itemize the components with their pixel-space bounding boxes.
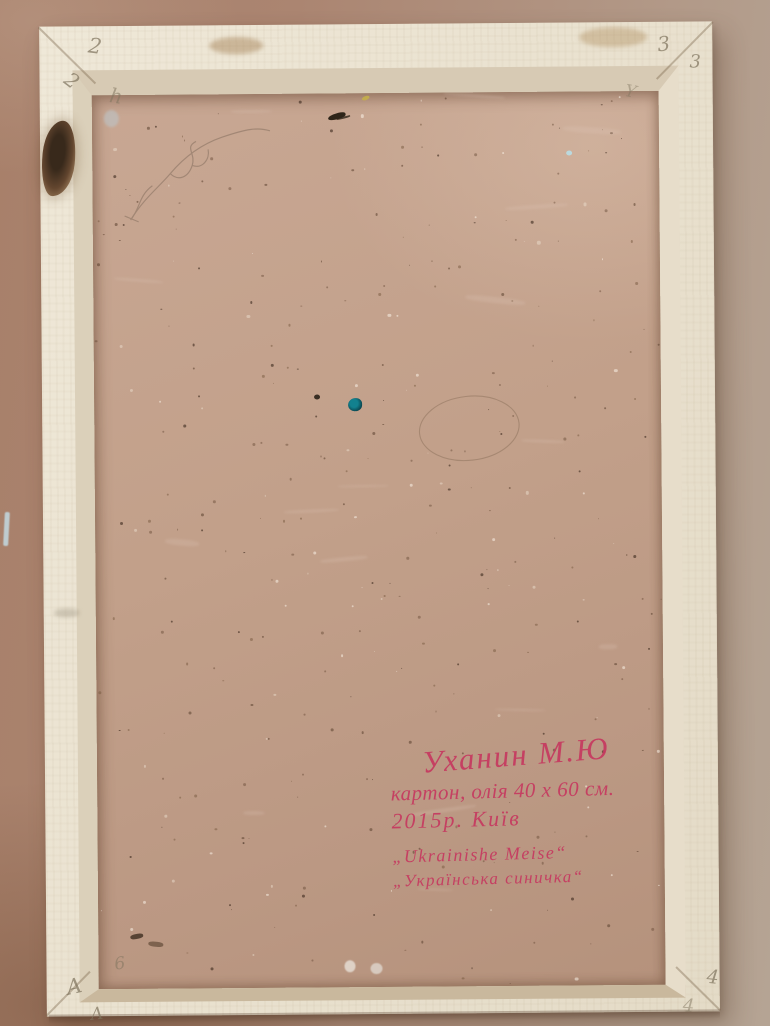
board-speckle <box>352 169 354 171</box>
board-speckle <box>260 518 261 519</box>
board-speckle <box>229 904 231 906</box>
board-speckle <box>622 678 624 680</box>
board-speckle <box>172 880 175 883</box>
board-speckle <box>260 442 262 444</box>
board-light-streak <box>231 109 272 112</box>
board-speckle <box>649 708 650 709</box>
board-speckle <box>201 407 203 409</box>
board-speckle <box>661 598 662 599</box>
board-speckle <box>537 241 541 245</box>
board-speckle <box>535 623 538 626</box>
board-speckle <box>572 567 574 569</box>
board-speckle <box>311 960 313 962</box>
board-speckle <box>144 765 146 767</box>
board-speckle <box>149 531 152 534</box>
board-speckle <box>125 189 126 190</box>
board-light-streak <box>243 811 264 815</box>
board-speckle <box>401 165 403 167</box>
pencil-number-right-rail-bottom: 4 <box>706 968 720 988</box>
board-speckle <box>464 450 466 452</box>
board-speckle <box>198 267 200 269</box>
pencil-number-bottom-rail-right: 4 <box>682 997 695 1016</box>
board-speckle <box>501 293 504 296</box>
board-speckle <box>552 360 553 361</box>
pencil-mark-bottom-rail-left: Λ <box>90 1006 104 1024</box>
board-speckle <box>532 585 535 588</box>
board-speckle <box>297 797 298 798</box>
board-speckle <box>210 852 213 855</box>
board-speckle <box>112 617 115 620</box>
board-speckle <box>626 554 627 555</box>
pencil-number-left-rail-top: 2 <box>61 69 83 93</box>
board-speckle <box>487 569 488 570</box>
white-paint-fleck <box>370 963 382 974</box>
board-speckle <box>359 630 361 632</box>
board-light-streak <box>598 644 616 649</box>
board-speckle <box>184 140 186 142</box>
board-speckle <box>130 195 131 196</box>
board-speckle <box>324 670 326 672</box>
board-speckle <box>271 345 273 347</box>
board-speckle <box>266 893 269 896</box>
board-speckle <box>270 364 273 367</box>
board-speckle <box>213 500 216 503</box>
board-speckle <box>630 351 632 353</box>
board-speckle <box>429 224 430 225</box>
board-speckle <box>614 663 617 666</box>
board-speckle <box>493 649 496 652</box>
board-speckle <box>364 168 366 170</box>
board-speckle <box>421 100 422 101</box>
board-speckle <box>228 187 231 190</box>
board-speckle <box>372 432 375 435</box>
board-light-streak <box>465 294 525 306</box>
board-speckle <box>174 839 176 841</box>
board-light-streak <box>494 709 545 712</box>
board-speckle <box>470 487 472 489</box>
board-speckle <box>171 620 173 622</box>
board-speckle <box>164 733 165 734</box>
board-speckle <box>448 464 450 466</box>
board-speckle <box>301 121 302 122</box>
board-speckle <box>551 123 553 125</box>
board-speckle <box>575 977 579 981</box>
wood-stain <box>209 37 263 54</box>
board-speckle <box>576 620 579 623</box>
pencil-mark-board-bottom-left: 6 <box>113 955 126 973</box>
board-light-streak <box>284 508 339 513</box>
board-speckle <box>633 555 636 558</box>
cyan-paint-speck <box>566 150 572 155</box>
board-speckle <box>384 595 386 597</box>
board-speckle <box>301 774 303 776</box>
board-speckle <box>462 977 465 980</box>
board-speckle <box>192 344 195 347</box>
board-speckle <box>471 967 473 969</box>
board-speckle <box>605 210 608 213</box>
board-speckle <box>288 324 291 327</box>
board-speckle <box>160 308 162 310</box>
board-speckle <box>605 152 607 154</box>
board-speckle <box>389 583 390 584</box>
board-speckle <box>167 493 169 495</box>
board-speckle <box>436 532 438 534</box>
board-speckle <box>300 518 302 520</box>
board-speckle <box>375 213 378 216</box>
board-speckle <box>291 780 292 781</box>
board-speckle <box>657 343 660 346</box>
board-speckle <box>440 482 442 484</box>
board-speckle <box>183 425 186 428</box>
board-speckle <box>381 598 383 600</box>
board-speckle <box>584 203 587 206</box>
board-speckle <box>366 778 368 780</box>
board-speckle <box>299 101 302 104</box>
board-speckle <box>527 652 529 654</box>
board-speckle <box>188 712 191 715</box>
board-speckle <box>123 224 125 226</box>
board-speckle <box>499 384 501 386</box>
board-speckle <box>271 579 273 581</box>
board-speckle <box>173 215 175 217</box>
board-light-streak <box>506 203 568 211</box>
white-paint-fleck <box>344 960 355 972</box>
board-speckle <box>410 484 413 487</box>
board-speckle <box>453 693 455 695</box>
board-speckle <box>321 631 324 634</box>
board-speckle <box>304 714 306 716</box>
board-speckle <box>120 522 123 525</box>
board-speckle <box>593 319 594 320</box>
board-speckle <box>98 220 100 222</box>
board-speckle <box>497 569 499 571</box>
board-speckle <box>331 729 334 732</box>
board-speckle <box>474 222 476 224</box>
board-speckle <box>458 265 461 268</box>
board-speckle <box>162 778 164 780</box>
board-speckle <box>181 136 182 137</box>
board-speckle <box>622 666 625 669</box>
board-speckle <box>574 397 576 399</box>
board-speckle <box>371 582 374 585</box>
board-speckle <box>431 260 433 262</box>
board-speckle <box>403 236 404 237</box>
board-speckle <box>238 631 240 633</box>
board-speckle <box>558 128 559 129</box>
board-speckle <box>554 538 555 539</box>
board-speckle <box>326 286 328 288</box>
board-speckle <box>136 200 139 203</box>
board-speckle <box>508 584 510 586</box>
board-speckle <box>489 510 490 511</box>
board-speckle <box>130 389 133 392</box>
board-speckle <box>634 398 636 400</box>
pencil-number-right-rail-top: 3 <box>689 53 701 71</box>
board-speckle <box>302 894 305 897</box>
board-speckle <box>564 438 567 441</box>
board-light-streak <box>114 277 163 284</box>
board-speckle <box>611 100 613 102</box>
board-speckle <box>252 253 254 255</box>
board-speckle <box>97 264 100 267</box>
board-speckle <box>161 631 164 634</box>
board-speckle <box>265 183 267 185</box>
board-speckle <box>360 115 363 118</box>
dark-speck <box>314 394 320 399</box>
board-speckle <box>350 697 351 698</box>
gray-blue-patch <box>104 110 119 127</box>
board-speckle <box>187 952 189 954</box>
board-speckle <box>382 364 384 366</box>
board-speckle <box>492 372 495 375</box>
board-speckle <box>635 282 638 285</box>
board-speckle <box>607 925 610 928</box>
board-light-streak <box>563 125 621 135</box>
board-light-streak <box>521 439 564 444</box>
board-speckle <box>210 967 213 970</box>
board-speckle <box>345 300 346 301</box>
board-speckle <box>506 220 507 221</box>
board-speckle <box>303 887 306 890</box>
board-speckle <box>488 409 489 410</box>
board-speckle <box>95 340 98 343</box>
board-speckle <box>396 314 398 316</box>
board-speckle <box>379 293 381 295</box>
board-speckle <box>509 983 510 984</box>
board-speckle <box>251 703 253 705</box>
board-speckle <box>416 374 419 377</box>
board-speckle <box>601 258 602 259</box>
board-speckle <box>583 493 585 495</box>
board-speckle <box>401 667 402 668</box>
board-speckle <box>250 301 253 304</box>
board-speckle <box>252 443 255 446</box>
board-speckle <box>250 638 253 641</box>
teal-paint-blob <box>348 398 362 411</box>
board-speckle <box>163 431 165 433</box>
board-speckle <box>619 96 621 98</box>
board-speckle <box>369 828 372 831</box>
board-speckle <box>113 175 116 178</box>
board-speckle <box>217 113 218 114</box>
board-speckle <box>641 598 643 600</box>
board-speckle <box>168 185 170 187</box>
board-speckle <box>355 384 358 387</box>
board-speckle <box>168 325 170 327</box>
board-speckle <box>414 385 416 387</box>
board-speckle <box>557 172 559 174</box>
board-speckle <box>421 146 422 147</box>
board-speckle <box>289 478 292 481</box>
inscription-title-german: „Ukrainishe Meise“ <box>392 839 692 868</box>
board-speckle <box>242 842 244 844</box>
board-speckle <box>411 460 412 461</box>
board-speckle <box>613 543 614 544</box>
board-speckle <box>301 305 303 307</box>
board-speckle <box>285 605 287 607</box>
board-speckle <box>186 663 188 665</box>
painting-frame-back: 2 2 3 3 h Y 6 A Λ 4 4 <box>39 21 720 1016</box>
board-speckle <box>324 825 326 827</box>
board-speckle <box>420 123 422 125</box>
pencil-number-top-rail-left: 2 <box>87 35 103 58</box>
board-speckle <box>362 587 363 588</box>
board-speckle <box>480 573 483 576</box>
board-speckle <box>571 897 574 900</box>
board-speckle <box>407 557 410 560</box>
board-speckle <box>588 150 589 151</box>
board-speckle <box>373 914 375 916</box>
board-speckle <box>396 671 397 672</box>
board-speckle <box>382 423 384 425</box>
inscription-year-city: 2015р. Київ <box>391 801 692 835</box>
board-speckle <box>533 942 535 944</box>
board-speckle <box>120 345 123 348</box>
board-speckle <box>595 719 597 721</box>
board-speckle <box>599 290 602 293</box>
board-speckle <box>650 613 652 615</box>
board-speckle <box>437 155 439 157</box>
board-speckle <box>631 240 634 243</box>
board-speckle <box>247 315 250 318</box>
board-speckle <box>179 202 181 204</box>
board-speckle <box>127 729 130 732</box>
board-speckle <box>492 538 496 542</box>
board-speckle <box>248 838 249 839</box>
board-speckle <box>361 731 364 734</box>
board-speckle <box>115 223 118 226</box>
board-speckle <box>119 240 120 241</box>
board-speckle <box>231 909 232 910</box>
board-speckle <box>101 910 102 911</box>
board-speckle <box>261 375 264 378</box>
board-speckle <box>147 127 150 130</box>
pencil-number-top-rail-right: 3 <box>656 33 671 54</box>
board-speckle <box>525 491 529 495</box>
board-speckle <box>341 655 344 658</box>
board-speckle <box>215 828 217 830</box>
board-light-streak <box>444 92 505 99</box>
board-speckle <box>427 452 429 454</box>
board-light-streak <box>165 538 199 547</box>
board-speckle <box>490 909 492 911</box>
board-speckle <box>448 268 450 270</box>
board-speckle <box>159 401 161 403</box>
board-speckle <box>130 928 133 931</box>
board-speckle <box>201 513 204 516</box>
board-speckle <box>579 470 581 472</box>
board-light-streak <box>320 555 367 563</box>
wood-stain <box>579 27 647 48</box>
board-speckle <box>119 730 121 732</box>
board-speckle <box>502 152 504 154</box>
board-speckle <box>148 519 151 522</box>
board-speckle <box>475 216 477 218</box>
board-speckle <box>372 779 374 781</box>
board-speckle <box>252 954 255 957</box>
board-speckle <box>201 181 203 183</box>
board-speckle <box>98 692 101 695</box>
board-speckle <box>103 234 105 236</box>
board-speckle <box>435 711 436 712</box>
board-speckle <box>488 603 489 604</box>
board-speckle <box>499 431 500 432</box>
board-speckle <box>179 796 181 798</box>
board-speckle <box>330 129 333 132</box>
board-speckle <box>547 909 548 910</box>
board-speckle <box>315 415 317 417</box>
board-speckle <box>265 495 267 497</box>
artist-inscription: Уханин М.Ю картон, олія 40 x 60 см. 2015… <box>389 731 693 892</box>
board-speckle <box>346 470 348 472</box>
board-speckle <box>531 221 534 224</box>
board-speckle <box>645 436 647 438</box>
board-speckle <box>225 550 227 552</box>
board-speckle <box>590 943 591 944</box>
board-speckle <box>274 926 275 927</box>
board-speckle <box>244 552 246 554</box>
board-speckle <box>648 648 650 650</box>
board-speckle <box>283 520 285 522</box>
board-speckle <box>308 573 309 574</box>
board-speckle <box>409 265 411 267</box>
board-speckle <box>474 153 477 156</box>
board-speckle <box>374 651 375 652</box>
board-speckle <box>274 694 277 697</box>
board-speckle <box>633 203 635 205</box>
board-speckle <box>405 949 407 951</box>
board-speckle <box>164 815 167 818</box>
board-speckle <box>201 529 203 531</box>
board-speckle <box>193 367 195 369</box>
wood-knot <box>39 119 79 198</box>
board-speckle <box>324 458 326 460</box>
board-speckle <box>287 367 289 369</box>
board-speckle <box>604 407 606 409</box>
board-speckle <box>286 443 288 445</box>
board-speckle <box>487 588 488 589</box>
board-speckle <box>276 579 279 582</box>
board-speckle <box>134 529 138 533</box>
board-speckle <box>130 856 131 857</box>
board-speckle <box>524 241 525 242</box>
board-speckle <box>538 306 539 307</box>
board-speckle <box>177 529 179 531</box>
board-speckle <box>390 890 392 892</box>
board-speckle <box>514 560 516 562</box>
wall-background: 2 2 3 3 h Y 6 A Λ 4 4 <box>0 0 770 1026</box>
board-speckle <box>621 138 622 139</box>
board-speckle <box>383 285 386 288</box>
board-speckle <box>418 616 421 619</box>
board-speckle <box>313 551 317 555</box>
board-speckle <box>261 274 263 276</box>
board-speckle <box>367 458 368 459</box>
board-speckle <box>155 125 157 127</box>
board-speckle <box>399 596 400 597</box>
board-speckle <box>406 389 407 390</box>
board-speckle <box>194 794 197 797</box>
board-speckle <box>331 178 332 179</box>
board-speckle <box>497 714 500 717</box>
board-speckle <box>512 415 514 417</box>
board-speckle <box>164 577 167 580</box>
board-speckle <box>388 314 391 317</box>
board-speckle <box>272 383 273 384</box>
board-speckle <box>533 345 535 347</box>
board-speckle <box>242 837 245 840</box>
board-speckle <box>508 487 510 489</box>
